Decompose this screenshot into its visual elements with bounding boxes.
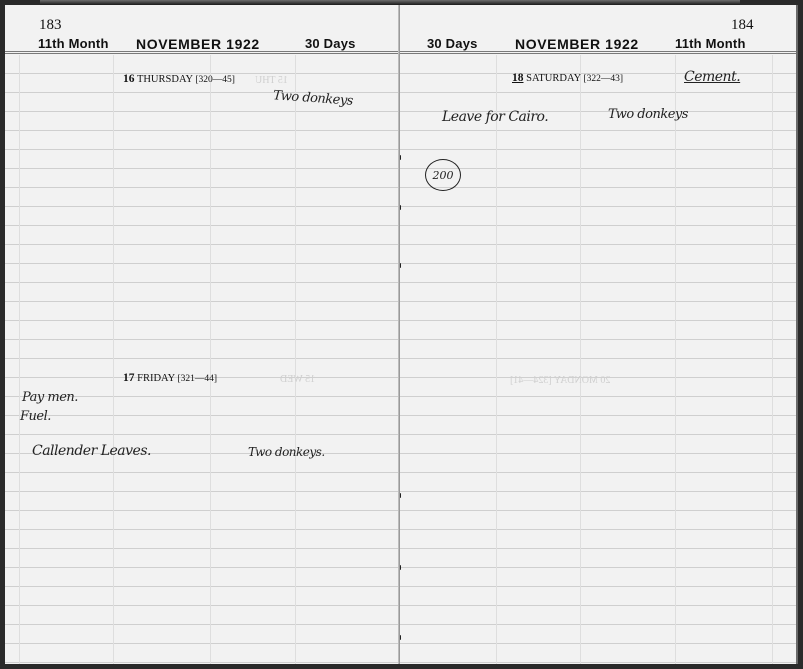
- ruled-lines: [5, 55, 398, 664]
- column-rule: [675, 55, 676, 664]
- day-number: 18: [512, 72, 524, 84]
- column-rule: [113, 55, 114, 664]
- day-ref: [321—44]: [177, 374, 217, 384]
- column-rule: [295, 55, 296, 664]
- binding-stitch: [399, 565, 401, 570]
- binding-stitch: [399, 635, 401, 640]
- bleed-through: 15 WED: [280, 374, 315, 385]
- ruled-lines: [400, 55, 796, 664]
- column-rule: [210, 55, 211, 664]
- day-number: 16: [123, 73, 135, 85]
- column-rule: [496, 55, 497, 664]
- binding-stitch: [399, 205, 401, 210]
- page-title: NOVEMBER 1922: [515, 36, 639, 52]
- circled-note: 200: [425, 159, 461, 191]
- page-number: 184: [731, 17, 754, 34]
- day-ref: [320—45]: [195, 75, 235, 85]
- weekday: SATURDAY: [526, 73, 581, 84]
- column-rule: [19, 55, 20, 664]
- handwritten-note: Pay men.: [22, 390, 78, 405]
- handwritten-note: Two donkeys: [608, 107, 688, 122]
- binding-stitch: [399, 493, 401, 498]
- days-label: 30 Days: [427, 36, 478, 51]
- column-rule: [772, 55, 773, 664]
- page-title: NOVEMBER 1922: [136, 36, 260, 52]
- bleed-through: 20 MONDAY [324—41]: [510, 375, 610, 386]
- day-heading-saturday: 18 SATURDAY [322—43]: [512, 72, 623, 84]
- month-label: 11th Month: [675, 36, 746, 51]
- handwritten-note: Callender Leaves.: [32, 443, 151, 459]
- weekday: THURSDAY: [137, 74, 193, 85]
- days-label: 30 Days: [305, 36, 356, 51]
- binding-stitch: [399, 263, 401, 268]
- page-number: 183: [39, 17, 62, 34]
- day-heading-thursday: 16 THURSDAY [320—45]: [123, 73, 235, 85]
- weekday: FRIDAY: [137, 373, 175, 384]
- day-ref: [322—43]: [583, 74, 623, 84]
- column-rule: [580, 55, 581, 664]
- page-header: 183 11th Month NOVEMBER 1922 30 Days: [5, 5, 398, 54]
- left-page: 183 11th Month NOVEMBER 1922 30 Days 16 …: [5, 5, 399, 664]
- month-label: 11th Month: [38, 36, 109, 51]
- handwritten-note: Cement.: [684, 69, 740, 85]
- bleed-through: 15 THU: [255, 75, 288, 86]
- day-heading-friday: 17 FRIDAY [321—44]: [123, 372, 217, 384]
- page-header: 184 30 Days NOVEMBER 1922 11th Month: [400, 5, 796, 54]
- binding-stitch: [399, 155, 401, 160]
- right-page: 184 30 Days NOVEMBER 1922 11th Month 18 …: [399, 5, 798, 664]
- handwritten-note: Two donkeys.: [248, 445, 325, 459]
- handwritten-note: Leave for Cairo.: [442, 109, 548, 125]
- handwritten-note: Fuel.: [20, 409, 51, 424]
- day-number: 17: [123, 372, 135, 384]
